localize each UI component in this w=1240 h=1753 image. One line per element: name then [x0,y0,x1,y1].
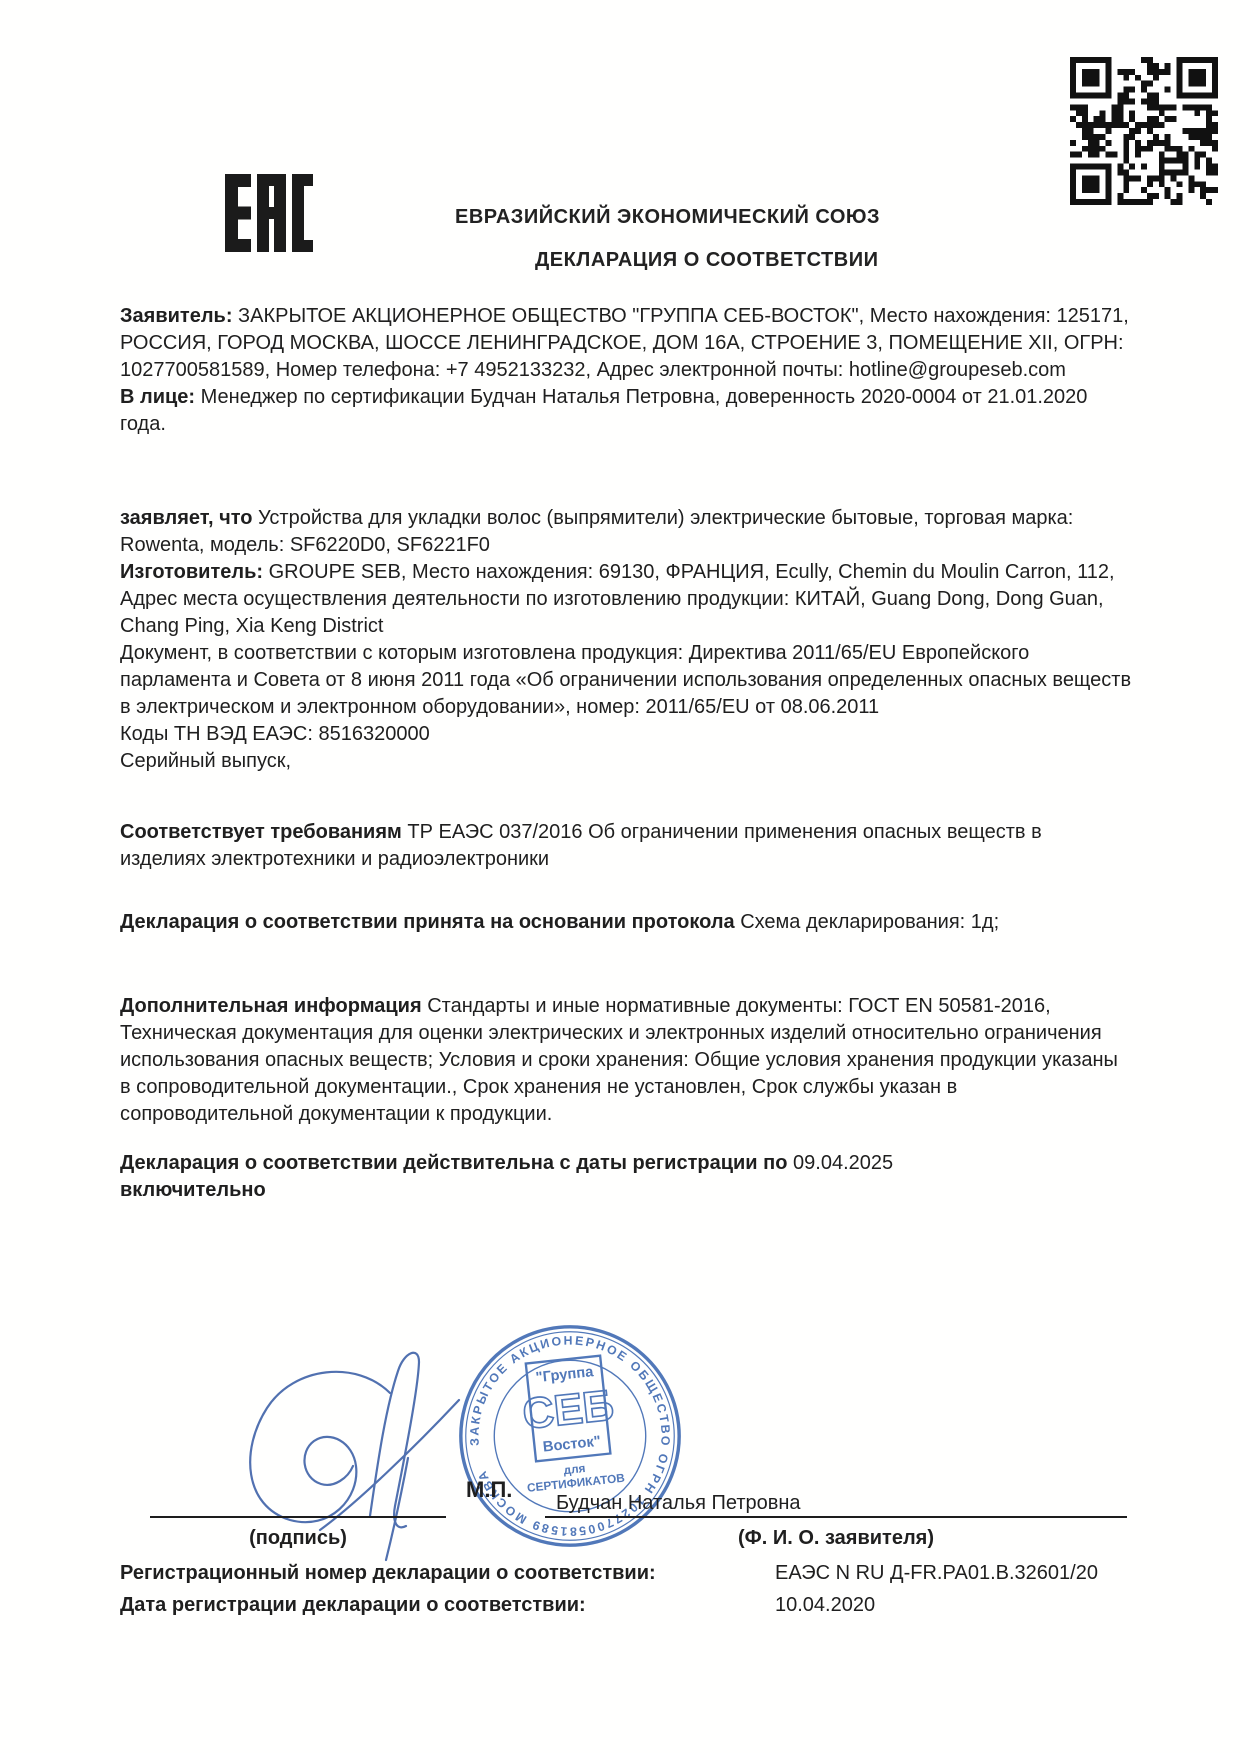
adoption-basis-block: Декларация о соответствии принята на осн… [120,909,1132,936]
name-line [545,1516,1127,1518]
stamp-place-abbr: М.П. [466,1476,512,1503]
manufacturer-paragraph: Изготовитель: GROUPE SEB, Место нахожден… [120,559,1132,640]
stamp-center-line2: СЕБ [520,1382,616,1439]
declares-paragraph: заявляет, что Устройства для укладки вол… [120,505,1132,559]
manufacturer-text: GROUPE SEB, Место нахождения: 69130, ФРА… [120,561,1115,637]
validity-date: 09.04.2025 [793,1152,893,1174]
compliance-label: Соответствует требованиям [120,821,402,843]
applicant-label: Заявитель: [120,305,233,327]
signature-line [150,1516,446,1518]
validity-label: Декларация о соответствии действительна … [120,1152,793,1174]
adoption-basis-text: Схема декларирования: 1д; [735,911,999,933]
adoption-basis-label: Декларация о соответствии принята на осн… [120,911,735,933]
signature-caption: (подпись) [150,1527,446,1550]
representative-text: Менеджер по сертификации Будчан Наталья … [120,386,1087,435]
stamp-center-line3: Восток" [542,1434,601,1456]
manufacturer-label: Изготовитель: [120,561,263,583]
product-block: заявляет, что Устройства для укладки вол… [120,505,1132,775]
union-title: ЕВРАЗИЙСКИЙ ЭКОНОМИЧЕСКИЙ СОЮЗ [455,206,880,229]
representative-label: В лице: [120,386,195,408]
validity-suffix: включительно [120,1179,266,1201]
declaration-document: ЕВРАЗИЙСКИЙ ЭКОНОМИЧЕСКИЙ СОЮЗ ДЕКЛАРАЦИ… [0,0,1240,1753]
additional-info-block: Дополнительная информация Стандарты и ин… [120,993,1132,1128]
document-basis-paragraph: Документ, в соответствии с которым изгот… [120,640,1132,721]
qr-code [1070,57,1218,210]
applicant-paragraph: Заявитель: ЗАКРЫТОЕ АКЦИОНЕРНОЕ ОБЩЕСТВО… [120,303,1132,384]
additional-info-label: Дополнительная информация [120,995,422,1017]
compliance-block: Соответствует требованиям ТР ЕАЭС 037/20… [120,819,1132,873]
validity-block: Декларация о соответствии действительна … [120,1150,1132,1204]
declares-label: заявляет, что [120,507,253,529]
serial-issue-line: Серийный выпуск, [120,748,1132,775]
stamp-center-line1: "Группа [535,1364,595,1386]
declares-text: Устройства для укладки волос (выпрямител… [120,507,1073,556]
tn-ved-line: Коды ТН ВЭД ЕАЭС: 8516320000 [120,721,1132,748]
representative-paragraph: В лице: Менеджер по сертификации Будчан … [120,384,1132,438]
company-stamp: ЗАКРЫТОЕ АКЦИОНЕРНОЕ ОБЩЕСТВО ОГРН 10277… [452,1318,688,1559]
registration-number-label: Регистрационный номер декларации о соотв… [120,1560,656,1587]
signatory-name: Будчан Наталья Петровна [556,1490,801,1517]
applicant-block: Заявитель: ЗАКРЫТОЕ АКЦИОНЕРНОЕ ОБЩЕСТВО… [120,303,1132,438]
registration-number-value: ЕАЭС N RU Д-FR.РА01.В.32601/20 [775,1560,1098,1587]
eac-logo-icon [225,174,313,257]
doc-title: ДЕКЛАРАЦИЯ О СООТВЕТСТВИИ [535,249,878,272]
applicant-text: ЗАКРЫТОЕ АКЦИОНЕРНОЕ ОБЩЕСТВО "ГРУППА СЕ… [120,305,1129,381]
registration-date-value: 10.04.2020 [775,1592,875,1619]
registration-date-label: Дата регистрации декларации о соответств… [120,1592,586,1619]
name-caption: (Ф. И. О. заявителя) [545,1527,1127,1550]
